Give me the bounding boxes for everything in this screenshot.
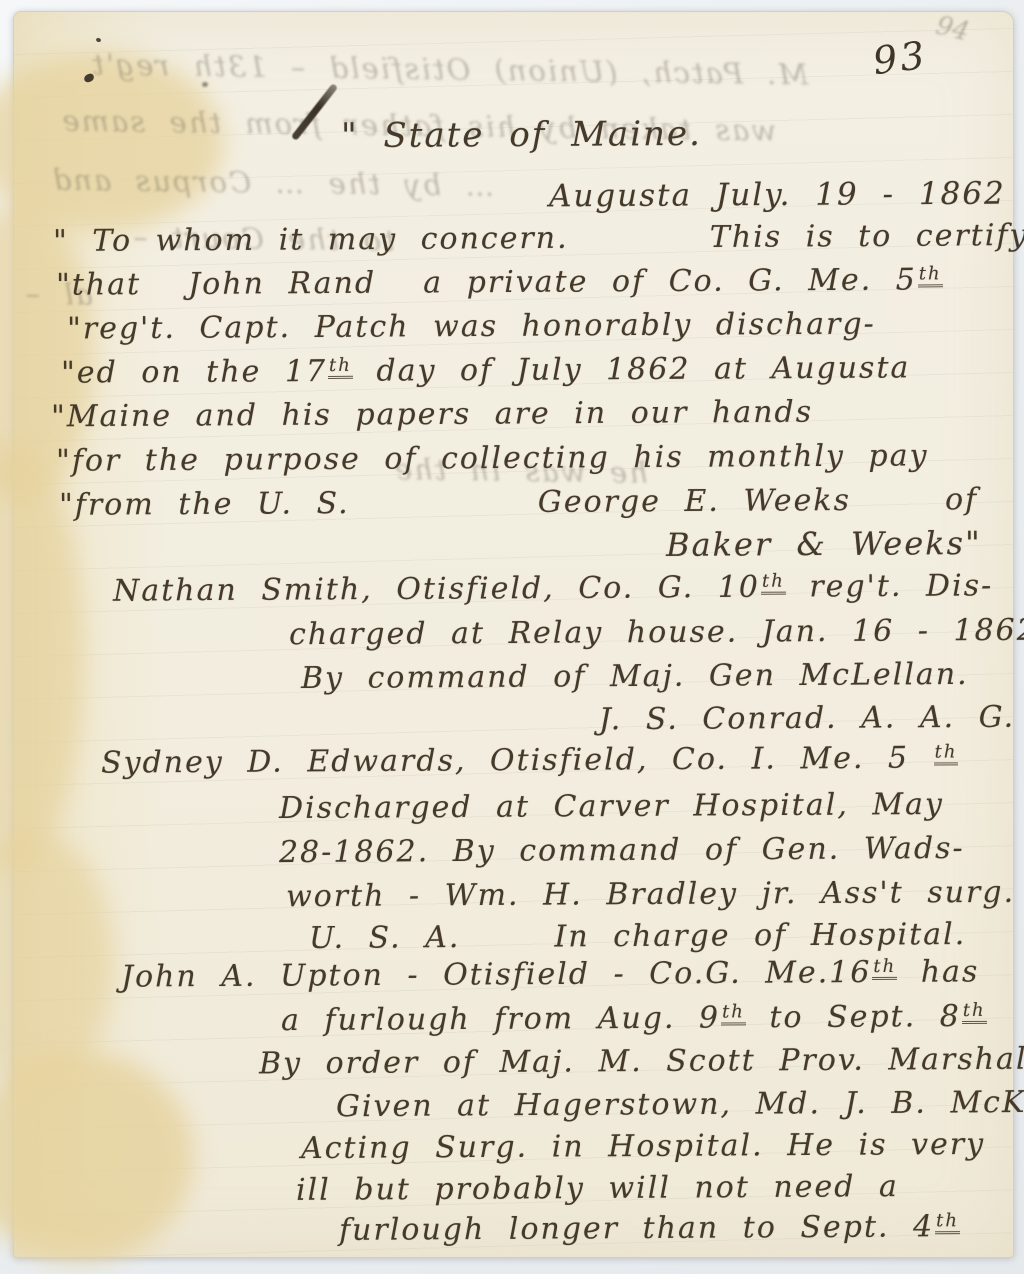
manuscript-line: Baker & Weeks" (666, 524, 982, 564)
corner-pencil-mark: 94 (933, 10, 972, 47)
manuscript-line: J. S. Conrad. A. A. G. (599, 700, 1015, 738)
ink-layer: 93 94 " State of Maine. Augusta July. 19… (14, 12, 1013, 1257)
manuscript-line: worth - Wm. H. Bradley jr. Ass't surg. (286, 875, 1015, 914)
ink-speck (202, 82, 208, 87)
manuscript-line: Sydney D. Edwards, Otisfield, Co. I. Me.… (101, 740, 959, 780)
line-segment: "ed on the 17 (61, 354, 327, 391)
manuscript-line: a furlough from Aug. 9th to Sept. 8th (281, 999, 987, 1038)
manuscript-line: By command of Maj. Gen McLellan. (301, 657, 969, 696)
ordinal-suffix: th (721, 1001, 746, 1025)
ink-speck (83, 73, 95, 83)
line-segment: to Sept. 8 (746, 999, 961, 1035)
line-segment: Sydney D. Edwards, Otisfield, Co. I. Me.… (101, 741, 933, 781)
manuscript-line: "reg't. Capt. Patch was honorably discha… (67, 307, 876, 347)
manuscript-line: "for the purpose of collecting his month… (56, 438, 929, 478)
manuscript-line: By order of Maj. M. Scott Prov. Marshal. (259, 1042, 1024, 1082)
manuscript-line: Augusta July. 19 - 1862 (549, 176, 1006, 215)
ordinal-suffix: th (328, 355, 353, 379)
ink-stroke-mark (291, 83, 338, 141)
line-segment: a furlough from Aug. 9 (281, 1000, 720, 1038)
ordinal-suffix: th (872, 956, 897, 980)
manuscript-line: ill but probably will not need a (296, 1169, 899, 1208)
manuscript-line: charged at Relay house. Jan. 16 - 1862 (289, 613, 1024, 653)
line-segment: day of July 1862 at Augusta (353, 350, 911, 388)
line-segment: "that John Rand a private of Co. G. Me. … (56, 262, 917, 302)
line-segment: furlough longer than to Sept. 4 (339, 1209, 934, 1248)
manuscript-line: Given at Hagerstown, Md. J. B. McKee (336, 1085, 1024, 1124)
line-segment: John A. Upton - Otisfield - Co.G. Me.16 (121, 955, 872, 995)
line-segment: has (897, 954, 979, 990)
ordinal-suffix: th (962, 1000, 987, 1024)
manuscript-paper: M. Patch, (Union) Otisfield – 13th reg't… (13, 11, 1014, 1258)
manuscript-line: U. S. A. In charge of Hospital. (309, 917, 966, 956)
ordinal-suffix: th (761, 571, 786, 595)
manuscript-line: John A. Upton - Otisfield - Co.G. Me.16t… (121, 954, 980, 994)
manuscript-line: 28-1862. By command of Gen. Wads- (279, 831, 965, 870)
manuscript-line: "ed on the 17th day of July 1862 at Augu… (61, 350, 911, 390)
line-segment: Nathan Smith, Otisfield, Co. G. 10 (113, 570, 760, 609)
manuscript-line: " State of Maine. (341, 114, 702, 156)
manuscript-line: "from the U. S. George E. Weeks of (59, 482, 978, 523)
line-segment: reg't. Dis- (786, 568, 994, 604)
manuscript-line: "that John Rand a private of Co. G. Me. … (56, 262, 943, 302)
manuscript-line: " To whom it may concern. This is to cer… (53, 218, 1024, 259)
manuscript-line: Acting Surg. in Hospital. He is very (301, 1127, 985, 1166)
page-number: 93 (871, 33, 930, 83)
ink-speck (95, 37, 101, 42)
ordinal-suffix: th (918, 263, 943, 287)
manuscript-line: furlough longer than to Sept. 4th (339, 1209, 960, 1248)
manuscript-line: Nathan Smith, Otisfield, Co. G. 10th reg… (113, 568, 993, 608)
ordinal-suffix: th (934, 741, 959, 765)
manuscript-line: Discharged at Carver Hospital, May (279, 787, 944, 826)
ordinal-suffix: th (935, 1210, 960, 1234)
manuscript-line: "Maine and his papers are in our hands (51, 395, 813, 435)
